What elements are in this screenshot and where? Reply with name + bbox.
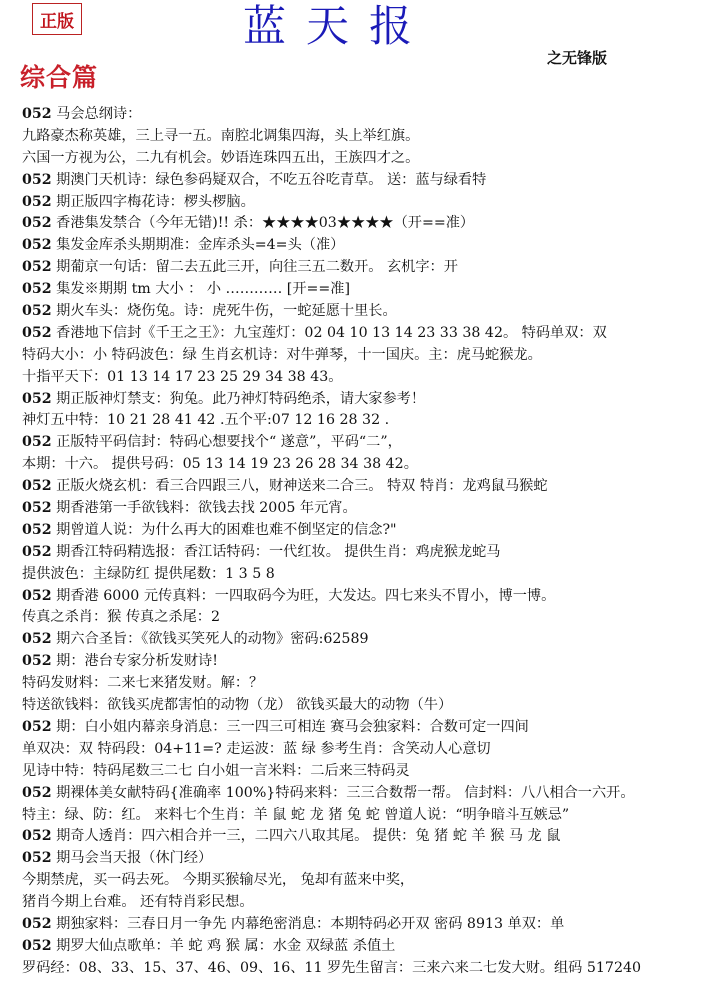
- text-line: 052 期：港台专家分析发财诗!: [22, 651, 692, 673]
- issue-number: 052: [22, 215, 52, 231]
- issue-number: 052: [22, 653, 52, 669]
- text-line: 提供波色：主绿防红 提供尾数：1 3 5 8: [22, 564, 692, 586]
- text-line: 六国一方视为公，二九有机会。妙语连珠四五出，王族四才之。: [22, 148, 692, 170]
- line-text: 猪肖今期上台难。 还有特肖彩民想。: [22, 894, 254, 910]
- line-text: 香港地下信封《千王之王》：九宝莲灯：02 04 10 13 14 23 33 3…: [52, 325, 607, 341]
- text-line: 052 期罗大仙点歌单：羊 蛇 鸡 猴 属：水金 双绿蓝 杀值土: [22, 936, 692, 958]
- line-text: 期裸体美女献特码{准确率 100%}特码来料：三三合数帮一帮。 信封料：八八相合…: [52, 785, 635, 801]
- line-text: 期曾道人说：为什么再大的困难也难不倒坚定的信念?": [52, 522, 397, 538]
- text-line: 052 期香港第一手欲钱料：欲钱去找 2005 年元宵。: [22, 498, 692, 520]
- issue-number: 052: [22, 719, 52, 735]
- line-text: 神灯五中特：10 21 28 41 42 .五个平:07 12 16 28 32…: [22, 412, 389, 428]
- issue-number: 052: [22, 303, 52, 319]
- issue-number: 052: [22, 478, 52, 494]
- text-line: 052 正版火烧玄机：看三合四跟三八，财神送来二合三。 特双 特肖：龙鸡鼠马猴蛇: [22, 476, 692, 498]
- text-line: 特送欲钱料：欲钱买虎都害怕的动物（龙） 欲钱买最大的动物（牛）: [22, 695, 692, 717]
- text-line: 052 期六合圣旨：《欲钱买笑死人的动物》密码:62589: [22, 629, 692, 651]
- content-body: 052 马会总纲诗： 九路豪杰称英雄，三上寻一五。南腔北调集四海，头上举红旗。 …: [22, 104, 692, 980]
- issue-number: 052: [22, 850, 52, 866]
- text-line: 052 期火车头：烧伤兔。诗：虎死牛伤，一蛇延愿十里长。: [22, 301, 692, 323]
- edition-subtitle: 之无锋版: [547, 47, 607, 68]
- issue-number: 052: [22, 281, 52, 297]
- line-text: 期香江特码精选报：香江话特码：一代红妆。 提供生肖：鸡虎猴龙蛇马: [52, 544, 501, 560]
- issue-number: 052: [22, 106, 52, 122]
- text-line: 052 香港地下信封《千王之王》：九宝莲灯：02 04 10 13 14 23 …: [22, 323, 692, 345]
- line-text: 期火车头：烧伤兔。诗：虎死牛伤，一蛇延愿十里长。: [52, 303, 397, 319]
- text-line: 052 马会总纲诗：: [22, 104, 692, 126]
- line-text: 特送欲钱料：欲钱买虎都害怕的动物（龙） 欲钱买最大的动物（牛）: [22, 697, 452, 713]
- line-text: 九路豪杰称英雄，三上寻一五。南腔北调集四海，头上举红旗。: [22, 128, 419, 144]
- text-line: 052 集发金库杀头期期准：金库杀头=4=头（准）: [22, 235, 692, 257]
- text-line: 052 期香江特码精选报：香江话特码：一代红妆。 提供生肖：鸡虎猴龙蛇马: [22, 542, 692, 564]
- text-line: 052 期独家料：三春日月一争先 内幕绝密消息：本期特码必开双 密码 8913 …: [22, 914, 692, 936]
- text-line: 单双决：双 特码段：04+11=? 走运波：蓝 绿 参考生肖：含笑动人心意切: [22, 739, 692, 761]
- text-line: 052 期曾道人说：为什么再大的困难也难不倒坚定的信念?": [22, 520, 692, 542]
- text-line: 本期：十六。 提供号码：05 13 14 19 23 26 28 34 38 4…: [22, 454, 692, 476]
- text-line: 罗码经：08、33、15、37、46、09、16、11 罗先生留言：三来六来二七…: [22, 958, 692, 980]
- text-line: 特码发财料：二来七来猪发财。解：？: [22, 673, 692, 695]
- issue-number: 052: [22, 172, 52, 188]
- line-text: 期澳门天机诗：绿色参码疑双合，不吃五谷吃青草。 送：蓝与绿看特: [52, 172, 487, 188]
- line-text: 期香港第一手欲钱料：欲钱去找 2005 年元宵。: [52, 500, 357, 516]
- text-line: 052 期裸体美女献特码{准确率 100%}特码来料：三三合数帮一帮。 信封料：…: [22, 783, 692, 805]
- issue-number: 052: [22, 325, 52, 341]
- issue-number: 052: [22, 194, 52, 210]
- text-line: 特码大小：小 特码波色：绿 生肖玄机诗：对牛弹琴，十一国庆。主：虎马蛇猴龙。: [22, 345, 692, 367]
- page-title: 蓝天报: [243, 4, 432, 50]
- line-text: 期香港 6000 元传真料：一四取码今为旺，大发达。四七来头不胃小，博一博。: [52, 588, 556, 604]
- issue-number: 052: [22, 434, 52, 450]
- issue-number: 052: [22, 785, 52, 801]
- line-text: 期奇人透肖：四六相合并一三，二四六八取其尾。 提供：兔 猪 蛇 羊 猴 马 龙 …: [52, 828, 561, 844]
- text-line: 九路豪杰称英雄，三上寻一五。南腔北调集四海，头上举红旗。: [22, 126, 692, 148]
- text-line: 猪肖今期上台难。 还有特肖彩民想。: [22, 892, 692, 914]
- line-text: 正版火烧玄机：看三合四跟三八，财神送来二合三。 特双 特肖：龙鸡鼠马猴蛇: [52, 478, 548, 494]
- issue-number: 052: [22, 631, 52, 647]
- line-text: 特主：绿、防：红。 来料七个生肖：羊 鼠 蛇 龙 猪 兔 蛇 曾道人说：“明争暗…: [22, 807, 569, 823]
- text-line: 052 集发※期期 tm 大小 ： 小 ………… [开==准]: [22, 279, 692, 301]
- line-text: 期：港台专家分析发财诗!: [52, 653, 218, 669]
- text-line: 今期禁虎，买一码去死。 今期买猴输尽光， 兔却有蓝来中奖，: [22, 870, 692, 892]
- text-line: 052 期奇人透肖：四六相合并一三，二四六八取其尾。 提供：兔 猪 蛇 羊 猴 …: [22, 826, 692, 848]
- line-text: 今期禁虎，买一码去死。 今期买猴输尽光， 兔却有蓝来中奖，: [22, 872, 414, 888]
- line-text: 见诗中特：特码尾数三二七 白小姐一言米料：二后来三特码灵: [22, 763, 410, 779]
- line-text: 集发金库杀头期期准：金库杀头=4=头（准）: [52, 237, 345, 253]
- text-line: 052 期马会当天报（休门经）: [22, 848, 692, 870]
- line-text: 马会总纲诗：: [52, 106, 142, 122]
- line-text: 集发※期期 tm 大小 ： 小 ………… [开==准]: [52, 281, 350, 297]
- issue-number: 052: [22, 237, 52, 253]
- text-line: 特主：绿、防：红。 来料七个生肖：羊 鼠 蛇 龙 猪 兔 蛇 曾道人说：“明争暗…: [22, 805, 692, 827]
- line-text: 期六合圣旨：《欲钱买笑死人的动物》密码:62589: [52, 631, 369, 647]
- issue-number: 052: [22, 522, 52, 538]
- text-line: 052 期香港 6000 元传真料：一四取码今为旺，大发达。四七来头不胃小，博一…: [22, 586, 692, 608]
- line-text: 期独家料：三春日月一争先 内幕绝密消息：本期特码必开双 密码 8913 单双：单: [52, 916, 565, 932]
- text-line: 十指平天下：01 13 14 17 23 25 29 34 38 43。: [22, 367, 692, 389]
- line-text: 期马会当天报（休门经）: [52, 850, 213, 866]
- issue-number: 052: [22, 500, 52, 516]
- line-text: 六国一方视为公，二九有机会。妙语连珠四五出，王族四才之。: [22, 150, 419, 166]
- line-text: 香港集发禁合（今年无错)!! 杀：★★★★03★★★★（开==准）: [52, 215, 474, 231]
- text-line: 052 期澳门天机诗：绿色参码疑双合，不吃五谷吃青草。 送：蓝与绿看特: [22, 170, 692, 192]
- issue-number: 052: [22, 588, 52, 604]
- line-text: 特码大小：小 特码波色：绿 生肖玄机诗：对牛弹琴，十一国庆。主：虎马蛇猴龙。: [22, 347, 542, 363]
- text-line: 052 期葡京一句话：留二去五此三开，向往三五二数开。 玄机字：开: [22, 257, 692, 279]
- line-text: 罗码经：08、33、15、37、46、09、16、11 罗先生留言：三来六来二七…: [22, 960, 641, 976]
- issue-number: 052: [22, 938, 52, 954]
- issue-number: 052: [22, 391, 52, 407]
- line-text: 期罗大仙点歌单：羊 蛇 鸡 猴 属：水金 双绿蓝 杀值土: [52, 938, 396, 954]
- issue-number: 052: [22, 916, 52, 932]
- line-text: 正版特平码信封：特码心想要找个“ 遂意”，平码“二”，: [52, 434, 402, 450]
- text-line: 052 期正版四字梅花诗：椤头椤脑。: [22, 192, 692, 214]
- section-heading: 综合篇: [20, 58, 98, 94]
- text-line: 传真之杀肖：猴 传真之杀尾：2: [22, 607, 692, 629]
- line-text: 单双决：双 特码段：04+11=? 走运波：蓝 绿 参考生肖：含笑动人心意切: [22, 741, 491, 757]
- line-text: 十指平天下：01 13 14 17 23 25 29 34 38 43。: [22, 369, 342, 385]
- text-line: 052 期：白小姐内幕亲身消息：三一四三可相连 赛马会独家料：合数可定一四间: [22, 717, 692, 739]
- line-text: 期：白小姐内幕亲身消息：三一四三可相连 赛马会独家料：合数可定一四间: [52, 719, 529, 735]
- line-text: 期正版四字梅花诗：椤头椤脑。: [52, 194, 255, 210]
- issue-number: 052: [22, 828, 52, 844]
- line-text: 期葡京一句话：留二去五此三开，向往三五二数开。 玄机字：开: [52, 259, 458, 275]
- issue-number: 052: [22, 259, 52, 275]
- issue-number: 052: [22, 544, 52, 560]
- text-line: 052 正版特平码信封：特码心想要找个“ 遂意”，平码“二”，: [22, 432, 692, 454]
- line-text: 特码发财料：二来七来猪发财。解：？: [22, 675, 263, 691]
- text-line: 052 香港集发禁合（今年无错)!! 杀：★★★★03★★★★（开==准）: [22, 213, 692, 235]
- authentic-edition-badge: 正版: [32, 3, 82, 35]
- line-text: 本期：十六。 提供号码：05 13 14 19 23 26 28 34 38 4…: [22, 456, 418, 472]
- text-line: 见诗中特：特码尾数三二七 白小姐一言米料：二后来三特码灵: [22, 761, 692, 783]
- line-text: 提供波色：主绿防红 提供尾数：1 3 5 8: [22, 566, 275, 582]
- text-line: 052 期正版神灯禁支：狗兔。此乃神灯特码绝杀，请大家参考！: [22, 389, 692, 411]
- line-text: 期正版神灯禁支：狗兔。此乃神灯特码绝杀，请大家参考！: [52, 391, 425, 407]
- line-text: 传真之杀肖：猴 传真之杀尾：2: [22, 609, 220, 625]
- text-line: 神灯五中特：10 21 28 41 42 .五个平:07 12 16 28 32…: [22, 410, 692, 432]
